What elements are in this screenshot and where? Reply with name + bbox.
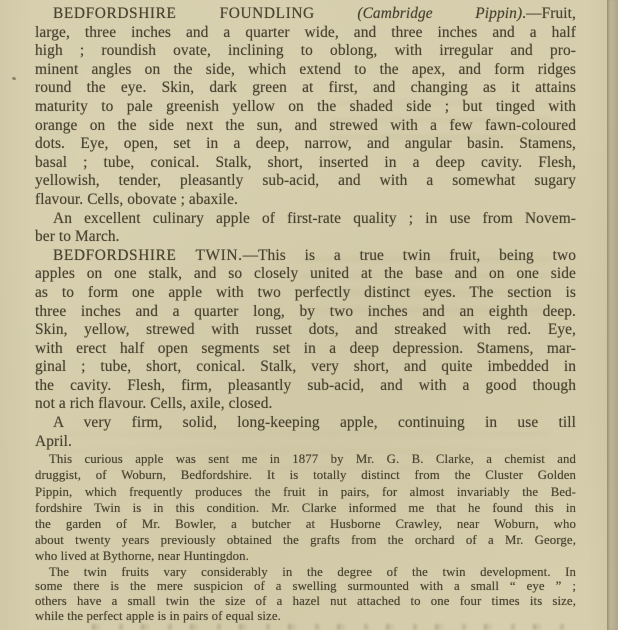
text-line: three inches and a quarter long, by two … (35, 303, 576, 322)
text-line: orange on the side next the sun, and str… (35, 117, 576, 136)
book-page-scan: BEDFORDSHIRE FOUNDLING (Cambridge Pippin… (0, 0, 618, 630)
text-line: A very firm, solid, long-keeping apple, … (35, 414, 576, 433)
text-line: high ; roundish ovate, inclining to oblo… (35, 42, 576, 61)
paragraph-foundling-description: BEDFORDSHIRE FOUNDLING (Cambridge Pippin… (35, 5, 576, 210)
paragraph-twin-use: A very firm, solid, long-keeping apple, … (35, 414, 576, 451)
text-line: while the perfect apple is in pairs of e… (35, 609, 576, 624)
variety-name-foundling: BEDFORDSHIRE FOUNDLING (53, 5, 315, 22)
text-line: yellowish, tender, pleasantly sub-acid, … (35, 172, 576, 191)
text-line: who lived at Bythorne, near Huntingdon. (35, 548, 576, 564)
text-line: not a rich flavour. Cells, axile, closed… (35, 395, 576, 414)
text-line: minent angles on the side, which extend … (35, 61, 576, 80)
text-line: round the eye. Skin, dark green at first… (35, 79, 576, 98)
text-line: large, three inches and a quarter wide, … (35, 24, 576, 43)
paragraph-foundling-use: An excellent culinary apple of first-rat… (35, 210, 576, 247)
text-line: the garden of Mr. Bowler, a butcher at H… (35, 516, 576, 532)
text-line: BEDFORDSHIRE FOUNDLING (Cambridge Pippin… (35, 5, 576, 24)
synonym-cambridge-pippin: (Cambridge Pippin) (357, 5, 522, 22)
heading-tail: —This is a true twin fruit, being two (243, 247, 576, 264)
text-line: ginal ; tube, short, conical. Stalk, ver… (35, 358, 576, 377)
text-line: ber to March. (35, 228, 576, 247)
text-line: Pippin, which frequently produces the fr… (35, 484, 576, 500)
text-line: basal ; tube, conical. Stalk, short, ins… (35, 154, 576, 173)
text-line: about twenty years previously obtained t… (35, 532, 576, 548)
text-line: some there is the mere suspicion of a sw… (35, 579, 576, 594)
text-line: apples on one stalk, and so closely unit… (35, 265, 576, 284)
cutoff-next-text-line (92, 624, 572, 630)
paragraph-twin-history-note: This curious apple was sent me in 1877 b… (35, 451, 576, 564)
text-line: the cavity. Flesh, firm, pleasantly sub-… (35, 377, 576, 396)
text-block: BEDFORDSHIRE FOUNDLING (Cambridge Pippin… (0, 0, 618, 624)
text-line: druggist, of Woburn, Bedfordshire. It is… (35, 467, 576, 483)
paragraph-twin-variation-note: The twin fruits vary considerably in the… (35, 565, 576, 624)
text-line: as to form one apple with two perfectly … (35, 284, 576, 303)
heading-tail: .—Fruit, (522, 5, 576, 22)
text-line: others have a small twin the size of a h… (35, 594, 576, 609)
page-edge-shadow (607, 0, 618, 630)
text-line: An excellent culinary apple of first-rat… (35, 210, 576, 229)
text-line: dots. Eye, open, set in a deep, narrow, … (35, 135, 576, 154)
text-line: The twin fruits vary considerably in the… (35, 565, 576, 580)
text-line: April. (35, 433, 576, 452)
paragraph-twin-description: BEDFORDSHIRE TWIN.—This is a true twin f… (35, 247, 576, 414)
text-line: BEDFORDSHIRE TWIN.—This is a true twin f… (35, 247, 576, 266)
text-line: This curious apple was sent me in 1877 b… (35, 451, 576, 467)
text-line: with erect half open segments set in a d… (35, 340, 576, 359)
text-line: flavour. Cells, obovate ; abaxile. (35, 191, 576, 210)
text-line: maturity to pale greenish yellow on the … (35, 98, 576, 117)
variety-name-twin: BEDFORDSHIRE TWIN. (53, 247, 243, 264)
text-line: Skin, yellow, strewed with russet dots, … (35, 321, 576, 340)
text-line: fordshire Twin is in this condition. Mr.… (35, 500, 576, 516)
